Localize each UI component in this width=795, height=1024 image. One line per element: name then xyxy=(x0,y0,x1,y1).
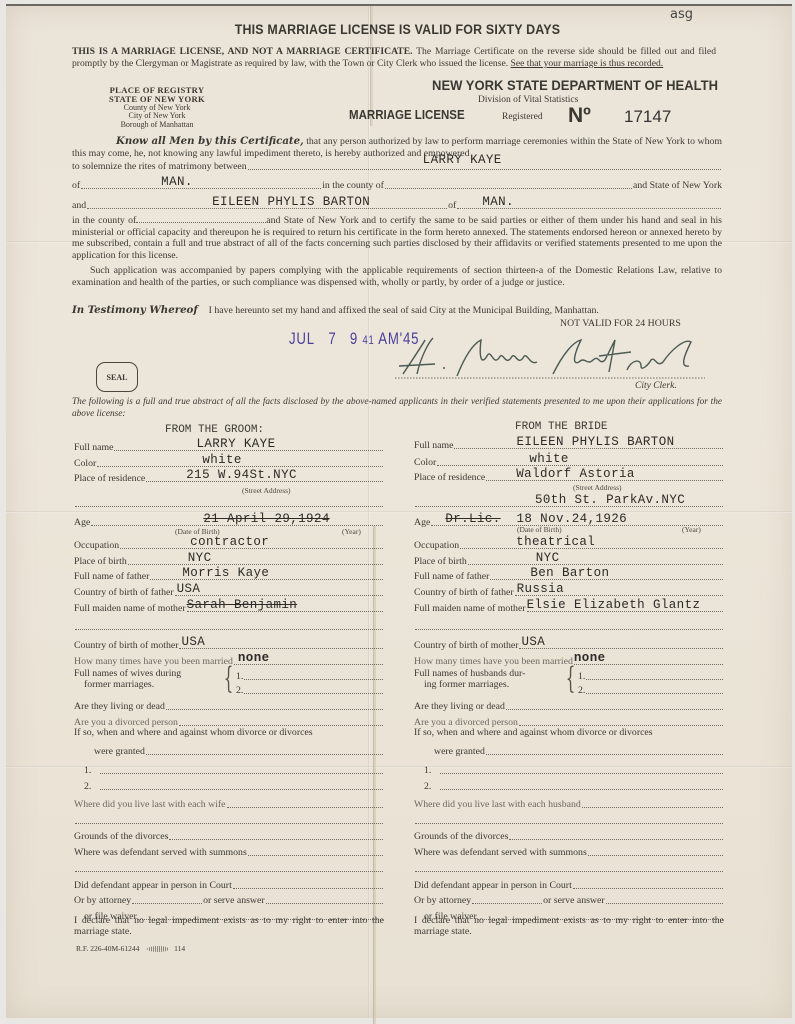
blank-line xyxy=(75,497,383,507)
label-line-2: ing former marriages. xyxy=(414,679,525,690)
license-notice: THIS IS A MARRIAGE LICENSE, AND NOT A MA… xyxy=(72,46,716,70)
groom-former-1: 1. xyxy=(236,670,384,682)
typed-value: Morris Kaye xyxy=(182,566,269,580)
typed-value: Ben Barton xyxy=(530,566,609,580)
label: or serve answer xyxy=(203,895,264,906)
age: 21 xyxy=(203,512,219,526)
solemnize-row: to solemnize the rites of matrimony betw… xyxy=(72,160,722,172)
age: 18 xyxy=(516,512,532,526)
typed-value: USA xyxy=(177,582,201,596)
stamp-day: 7 xyxy=(328,329,336,348)
label: Place of birth xyxy=(74,556,127,567)
label-line-1: Full names of husbands dur- xyxy=(414,668,525,679)
typed-value: Russia xyxy=(517,582,564,596)
label: Occupation xyxy=(74,540,119,551)
bride-divorce-question: If so, when and where and against whom d… xyxy=(414,727,653,738)
groom-lived-last-row: Where did you live last with each wife xyxy=(74,798,384,810)
bride-living-dead-row: Are they living or dead xyxy=(414,700,724,712)
groom-granted-row: were granted xyxy=(94,745,384,757)
department-name: NEW YORK STATE DEPARTMENT OF HEALTH xyxy=(402,77,718,93)
item-number: 1. xyxy=(424,765,431,776)
item-number: 1. xyxy=(578,671,585,682)
label: Where did you live last with each husban… xyxy=(414,799,581,810)
groom-divorce-2: 2. xyxy=(84,780,384,792)
field xyxy=(573,879,723,889)
bride-mother-country-field: USA xyxy=(519,639,723,649)
bride-occupation-row: Occupation theatrical xyxy=(414,539,724,551)
label-line-2: former marriages. xyxy=(74,679,181,690)
groom-living-dead-row: Are they living or dead xyxy=(74,700,384,712)
typed-value: none xyxy=(574,651,606,665)
bride-divorce-1: 1. xyxy=(424,764,724,776)
label: Color xyxy=(74,458,96,469)
brace-icon: { xyxy=(224,664,234,694)
label: Where did you live last with each wife xyxy=(74,799,226,810)
stamp-hour: 9 xyxy=(350,329,358,348)
union-label-icon xyxy=(147,946,169,952)
label: Did defendant appear in person in Court xyxy=(414,880,572,891)
handwritten-annotation: asg xyxy=(670,7,693,22)
bride-of-field: MAN. xyxy=(457,199,721,209)
label: Country of birth of mother xyxy=(414,640,518,651)
label: Full name xyxy=(414,440,453,451)
state-label: and State of New York xyxy=(633,180,722,191)
label: Full name of father xyxy=(414,571,489,582)
typed-value: white xyxy=(529,452,569,466)
label: How many times have you been married xyxy=(74,656,233,667)
notice-bold: THIS IS A MARRIAGE LICENSE, AND NOT A MA… xyxy=(72,46,413,57)
label: were granted xyxy=(434,746,485,757)
groom-residence-field: 215 W.94St.NYC xyxy=(146,472,383,482)
bride-color-field: white xyxy=(437,456,723,466)
bride-divorce-2: 2. xyxy=(424,780,724,792)
county-label: in the county of xyxy=(322,180,384,191)
seal-label: SEAL xyxy=(107,373,128,382)
label: Or by attorney xyxy=(74,895,131,906)
label: Grounds of the divorces xyxy=(414,831,508,842)
field xyxy=(606,894,723,904)
notice-underlined: See that your marriage is thus recorded. xyxy=(511,58,664,69)
label: Country of birth of father xyxy=(74,587,174,598)
stamp-month: JUL xyxy=(289,329,315,348)
bride-age-row: Age Dr.Lic. 18 Nov.24,1926 xyxy=(414,516,724,528)
label: Age xyxy=(414,517,430,528)
groom-full-name-field: LARRY KAYE xyxy=(114,441,383,451)
former-spouse-field-2 xyxy=(586,684,723,694)
label: Place of residence xyxy=(74,473,145,484)
bride-father-country-field: Russia xyxy=(515,586,723,596)
label: Did defendant appear in person in Court xyxy=(74,880,232,891)
typed-value: Elsie Elizabeth Glantz xyxy=(527,598,701,612)
typed-value: theatrical xyxy=(516,535,595,549)
form-code-text: R.F. 226-40M-61244 xyxy=(76,944,139,953)
typed-value: 50th St. ParkAv.NYC xyxy=(535,493,685,507)
abstract-statement: The following is a full and true abstrac… xyxy=(72,397,722,420)
not-valid-notice: NOT VALID FOR 24 HOURS xyxy=(560,318,681,330)
blank-line xyxy=(415,620,723,630)
field xyxy=(227,798,383,808)
testimony-text: I have hereunto set my hand and affixed … xyxy=(209,305,599,316)
field xyxy=(248,846,383,856)
typed-value: white xyxy=(202,453,242,467)
label: Full name xyxy=(74,442,113,453)
field xyxy=(233,879,383,889)
blank-line xyxy=(415,814,723,824)
place-of-registry: PLACE OF REGISTRY STATE OF NEW YORK Coun… xyxy=(82,86,232,130)
groom-age-row: Age 21 April 29,1924 xyxy=(74,516,384,528)
groom-mother-country-row: Country of birth of mother USA xyxy=(74,639,384,651)
typed-value: Waldorf Astoria xyxy=(516,467,635,481)
label: Place of birth xyxy=(414,556,467,567)
groom-times-married-field: none xyxy=(234,655,383,665)
item-number: 2. xyxy=(236,685,243,696)
blank-line xyxy=(75,862,383,872)
item-number: 2. xyxy=(424,781,431,792)
certificate-intro: Know all Men by this Certificate, that a… xyxy=(72,136,722,159)
label: were granted xyxy=(94,746,145,757)
typed-value: none xyxy=(238,651,270,665)
bride-residence-line2: 50th St. ParkAv.NYC xyxy=(414,497,724,509)
field xyxy=(519,716,723,726)
birth-date: Nov.24,1926 xyxy=(540,512,627,526)
groom-mother-country-field: USA xyxy=(179,639,383,649)
groom-birthplace-field: NYC xyxy=(128,555,383,565)
solemnize-label: to solemnize the rites of matrimony betw… xyxy=(72,161,247,172)
of-label: of xyxy=(72,180,80,191)
typed-value: contractor xyxy=(190,535,269,549)
bride-name-field: EILEEN PHYLIS BARTON xyxy=(87,199,447,209)
groom-father-field: Morris Kaye xyxy=(150,570,383,580)
field xyxy=(440,780,723,790)
bride-granted-row: were granted xyxy=(434,745,724,757)
groom-divorce-1: 1. xyxy=(84,764,384,776)
label: Country of birth of father xyxy=(414,587,514,598)
bride-former-1: 1. xyxy=(578,670,724,682)
city-clerk-signature xyxy=(395,336,705,382)
bride-age-field: Dr.Lic. 18 Nov.24,1926 xyxy=(431,516,723,526)
field xyxy=(179,716,383,726)
bride-lived-last-row: Where did you live last with each husban… xyxy=(414,798,724,810)
field xyxy=(588,846,723,856)
typed-value: NYC xyxy=(536,551,560,565)
form-code: R.F. 226-40M-61244 114 xyxy=(76,944,185,953)
date-of-birth-caption: (Date of Birth) xyxy=(517,525,562,534)
field xyxy=(166,700,383,710)
application-paragraph: Such application was accompanied by pape… xyxy=(72,265,722,288)
groom-age-field: 21 April 29,1924 xyxy=(91,516,383,526)
label: Are they living or dead xyxy=(414,701,505,712)
year-caption: (Year) xyxy=(342,527,361,536)
typed-bride-of: MAN. xyxy=(482,195,514,209)
bride-declaration: I declare that no legal impediment exist… xyxy=(414,916,724,937)
bride-attorney-row: Or by attorney or serve answer xyxy=(414,894,724,906)
groom-father-country-field: USA xyxy=(175,586,383,596)
groom-summons-row: Where was defendant served with summons xyxy=(74,846,384,858)
item-number: 2. xyxy=(578,685,585,696)
label: Country of birth of mother xyxy=(74,640,178,651)
stamp-minute: 41 xyxy=(363,333,375,347)
blank-line xyxy=(415,862,723,872)
bride-mother-row: Full maiden name of mother Elsie Elizabe… xyxy=(414,602,724,614)
label: or serve answer xyxy=(543,895,604,906)
blank-line xyxy=(75,620,383,630)
field xyxy=(509,830,723,840)
bride-full-name-row: Full name EILEEN PHYLIS BARTON xyxy=(414,439,724,451)
groom-heading: FROM THE GROOM: xyxy=(165,424,264,436)
groom-occupation-row: Occupation contractor xyxy=(74,539,384,551)
and-label: and xyxy=(72,200,86,211)
typed-value: LARRY KAYE xyxy=(196,437,275,451)
field xyxy=(100,764,383,774)
item-number: 1. xyxy=(84,765,91,776)
year-caption: (Year) xyxy=(682,525,701,534)
typed-value: USA xyxy=(521,635,545,649)
bride-father-country-row: Country of birth of father Russia xyxy=(414,586,724,598)
groom-mother-field: Sarah Benjamin xyxy=(187,602,383,612)
bride-occupation-field: theatrical xyxy=(460,539,723,549)
bride-residence-row: Place of residence Waldorf Astoria xyxy=(414,471,724,483)
typed-value: 21 April 29,1924 xyxy=(203,512,329,526)
label: How many times have you been married xyxy=(414,656,573,667)
field xyxy=(146,745,383,755)
bride-of-row: and EILEEN PHYLIS BARTON of MAN. xyxy=(72,199,722,211)
groom-color-field: white xyxy=(97,457,383,467)
label: Full maiden name of mother xyxy=(74,603,186,614)
city-clerk-title: City Clerk. xyxy=(635,381,677,391)
street-address-caption: (Street Address) xyxy=(573,483,622,492)
label: Full maiden name of mother xyxy=(414,603,526,614)
certificate-body: in the county ofand State of New York an… xyxy=(72,215,722,261)
seal-placeholder: SEAL xyxy=(96,362,138,392)
bride-mother-country-row: Country of birth of mother USA xyxy=(414,639,724,651)
bride-blank-2 xyxy=(414,814,724,826)
birth-date: April 29,1924 xyxy=(227,512,330,526)
bride-residence-field: Waldorf Astoria xyxy=(486,471,723,481)
bride-blank-3 xyxy=(414,862,724,874)
typed-value: 215 W.94St.NYC xyxy=(186,468,297,482)
item-number: 2. xyxy=(84,781,91,792)
typed-value: USA xyxy=(181,635,205,649)
label: Are they living or dead xyxy=(74,701,165,712)
groom-blank-3 xyxy=(74,862,384,874)
bride-full-name-field: EILEEN PHYLIS BARTON xyxy=(454,439,723,449)
groom-attorney-row: Or by attorney or serve answer xyxy=(74,894,384,906)
label: Grounds of the divorces xyxy=(74,831,168,842)
license-number: 17147 xyxy=(624,107,671,127)
marriage-license-label: MARRIAGE LICENSE xyxy=(349,108,465,122)
typed-value: NYC xyxy=(188,551,212,565)
field xyxy=(486,745,723,755)
bride-appear-row: Did defendant appear in person in Court xyxy=(414,879,724,891)
division-name: Division of Vital Statistics xyxy=(478,95,578,105)
label: Age xyxy=(74,517,90,528)
groom-of-field: MAN. xyxy=(81,179,321,189)
item-number: 1. xyxy=(236,671,243,682)
bride-mother-field: Elsie Elizabeth Glantz xyxy=(527,602,723,612)
label: Color xyxy=(414,457,436,468)
field xyxy=(472,894,542,904)
groom-declaration: I declare that no legal impediment exist… xyxy=(74,916,384,937)
field xyxy=(100,780,383,790)
testimony-line: In Testimony Whereof I have hereunto set… xyxy=(72,305,722,317)
label: Occupation xyxy=(414,540,459,551)
groom-full-name-row: Full name LARRY KAYE xyxy=(74,441,384,453)
groom-occupation-field: contractor xyxy=(120,539,383,549)
label: Or by attorney xyxy=(414,895,471,906)
groom-appear-row: Did defendant appear in person in Court xyxy=(74,879,384,891)
bride-mother-blank xyxy=(414,620,724,632)
gothic-intro: Know all Men by this Certificate, xyxy=(116,135,304,147)
groom-blank-2 xyxy=(74,814,384,826)
groom-of-row: of MAN. in the county of and State of Ne… xyxy=(72,179,722,191)
street-address-caption: (Street Address) xyxy=(242,486,291,495)
former-spouse-field-1 xyxy=(586,670,723,680)
bride-former-2: 2. xyxy=(578,684,724,696)
field: 50th St. ParkAv.NYC xyxy=(415,497,723,507)
field xyxy=(169,830,383,840)
groom-mother-row: Full maiden name of mother Sarah Benjami… xyxy=(74,602,384,614)
registry-borough: Borough of Manhattan xyxy=(82,121,232,130)
of-label: of xyxy=(448,200,456,211)
typed-value: Sarah Benjamin xyxy=(187,598,298,612)
age-note: Dr.Lic. xyxy=(445,512,500,526)
bride-father-row: Full name of father Ben Barton xyxy=(414,570,724,582)
field xyxy=(440,764,723,774)
groom-mother-blank xyxy=(74,620,384,632)
bride-summons-row: Where was defendant served with summons xyxy=(414,846,724,858)
label: Where was defendant served with summons xyxy=(74,847,247,858)
groom-former-spouses-label: Full names of wives during former marria… xyxy=(74,668,181,690)
brace-icon: { xyxy=(566,664,576,694)
union-mark-number: 114 xyxy=(174,944,185,953)
former-spouse-field-2 xyxy=(244,684,383,694)
testimony-gothic: In Testimony Whereof xyxy=(72,304,198,316)
number-symbol: Nº xyxy=(568,104,591,128)
field xyxy=(506,700,723,710)
former-spouse-field-1 xyxy=(244,670,383,680)
field xyxy=(582,798,723,808)
label: Where was defendant served with summons xyxy=(414,847,587,858)
bride-times-married-field: none xyxy=(574,655,723,665)
field xyxy=(132,894,202,904)
typed-bride-name: EILEEN PHYLIS BARTON xyxy=(212,195,370,209)
groom-father-row: Full name of father Morris Kaye xyxy=(74,570,384,582)
label: Place of residence xyxy=(414,472,485,483)
bride-grounds-row: Grounds of the divorces xyxy=(414,830,724,842)
bride-birthplace-field: NYC xyxy=(468,555,723,565)
bride-father-field: Ben Barton xyxy=(490,570,723,580)
label: Full name of father xyxy=(74,571,149,582)
fold-line-horizontal xyxy=(6,511,792,513)
typed-groom-name: LARRY KAYE xyxy=(423,153,502,167)
label-line-1: Full names of wives during xyxy=(74,668,181,679)
groom-grounds-row: Grounds of the divorces xyxy=(74,830,384,842)
groom-former-2: 2. xyxy=(236,684,384,696)
groom-divorce-question: If so, when and where and against whom d… xyxy=(74,727,313,738)
blank-line xyxy=(75,814,383,824)
groom-blank-row xyxy=(74,497,384,509)
bride-former-spouses-label: Full names of husbands dur- ing former m… xyxy=(414,668,525,690)
typed-value: Dr.Lic. 18 Nov.24,1926 xyxy=(445,512,627,526)
county-label-2: in the county of xyxy=(72,215,136,226)
groom-father-country-row: Country of birth of father USA xyxy=(74,586,384,598)
bride-heading: FROM THE BRIDE xyxy=(515,421,607,433)
groom-residence-row: Place of residence 215 W.94St.NYC xyxy=(74,472,384,484)
document-title: THIS MARRIAGE LICENSE IS VALID FOR SIXTY… xyxy=(32,22,763,37)
typed-value: EILEEN PHYLIS BARTON xyxy=(516,435,674,449)
groom-name-field: LARRY KAYE xyxy=(248,160,721,170)
registered-label: Registered xyxy=(502,112,543,122)
typed-groom-of: MAN. xyxy=(161,175,193,189)
county-field xyxy=(385,179,632,189)
field xyxy=(266,894,383,904)
